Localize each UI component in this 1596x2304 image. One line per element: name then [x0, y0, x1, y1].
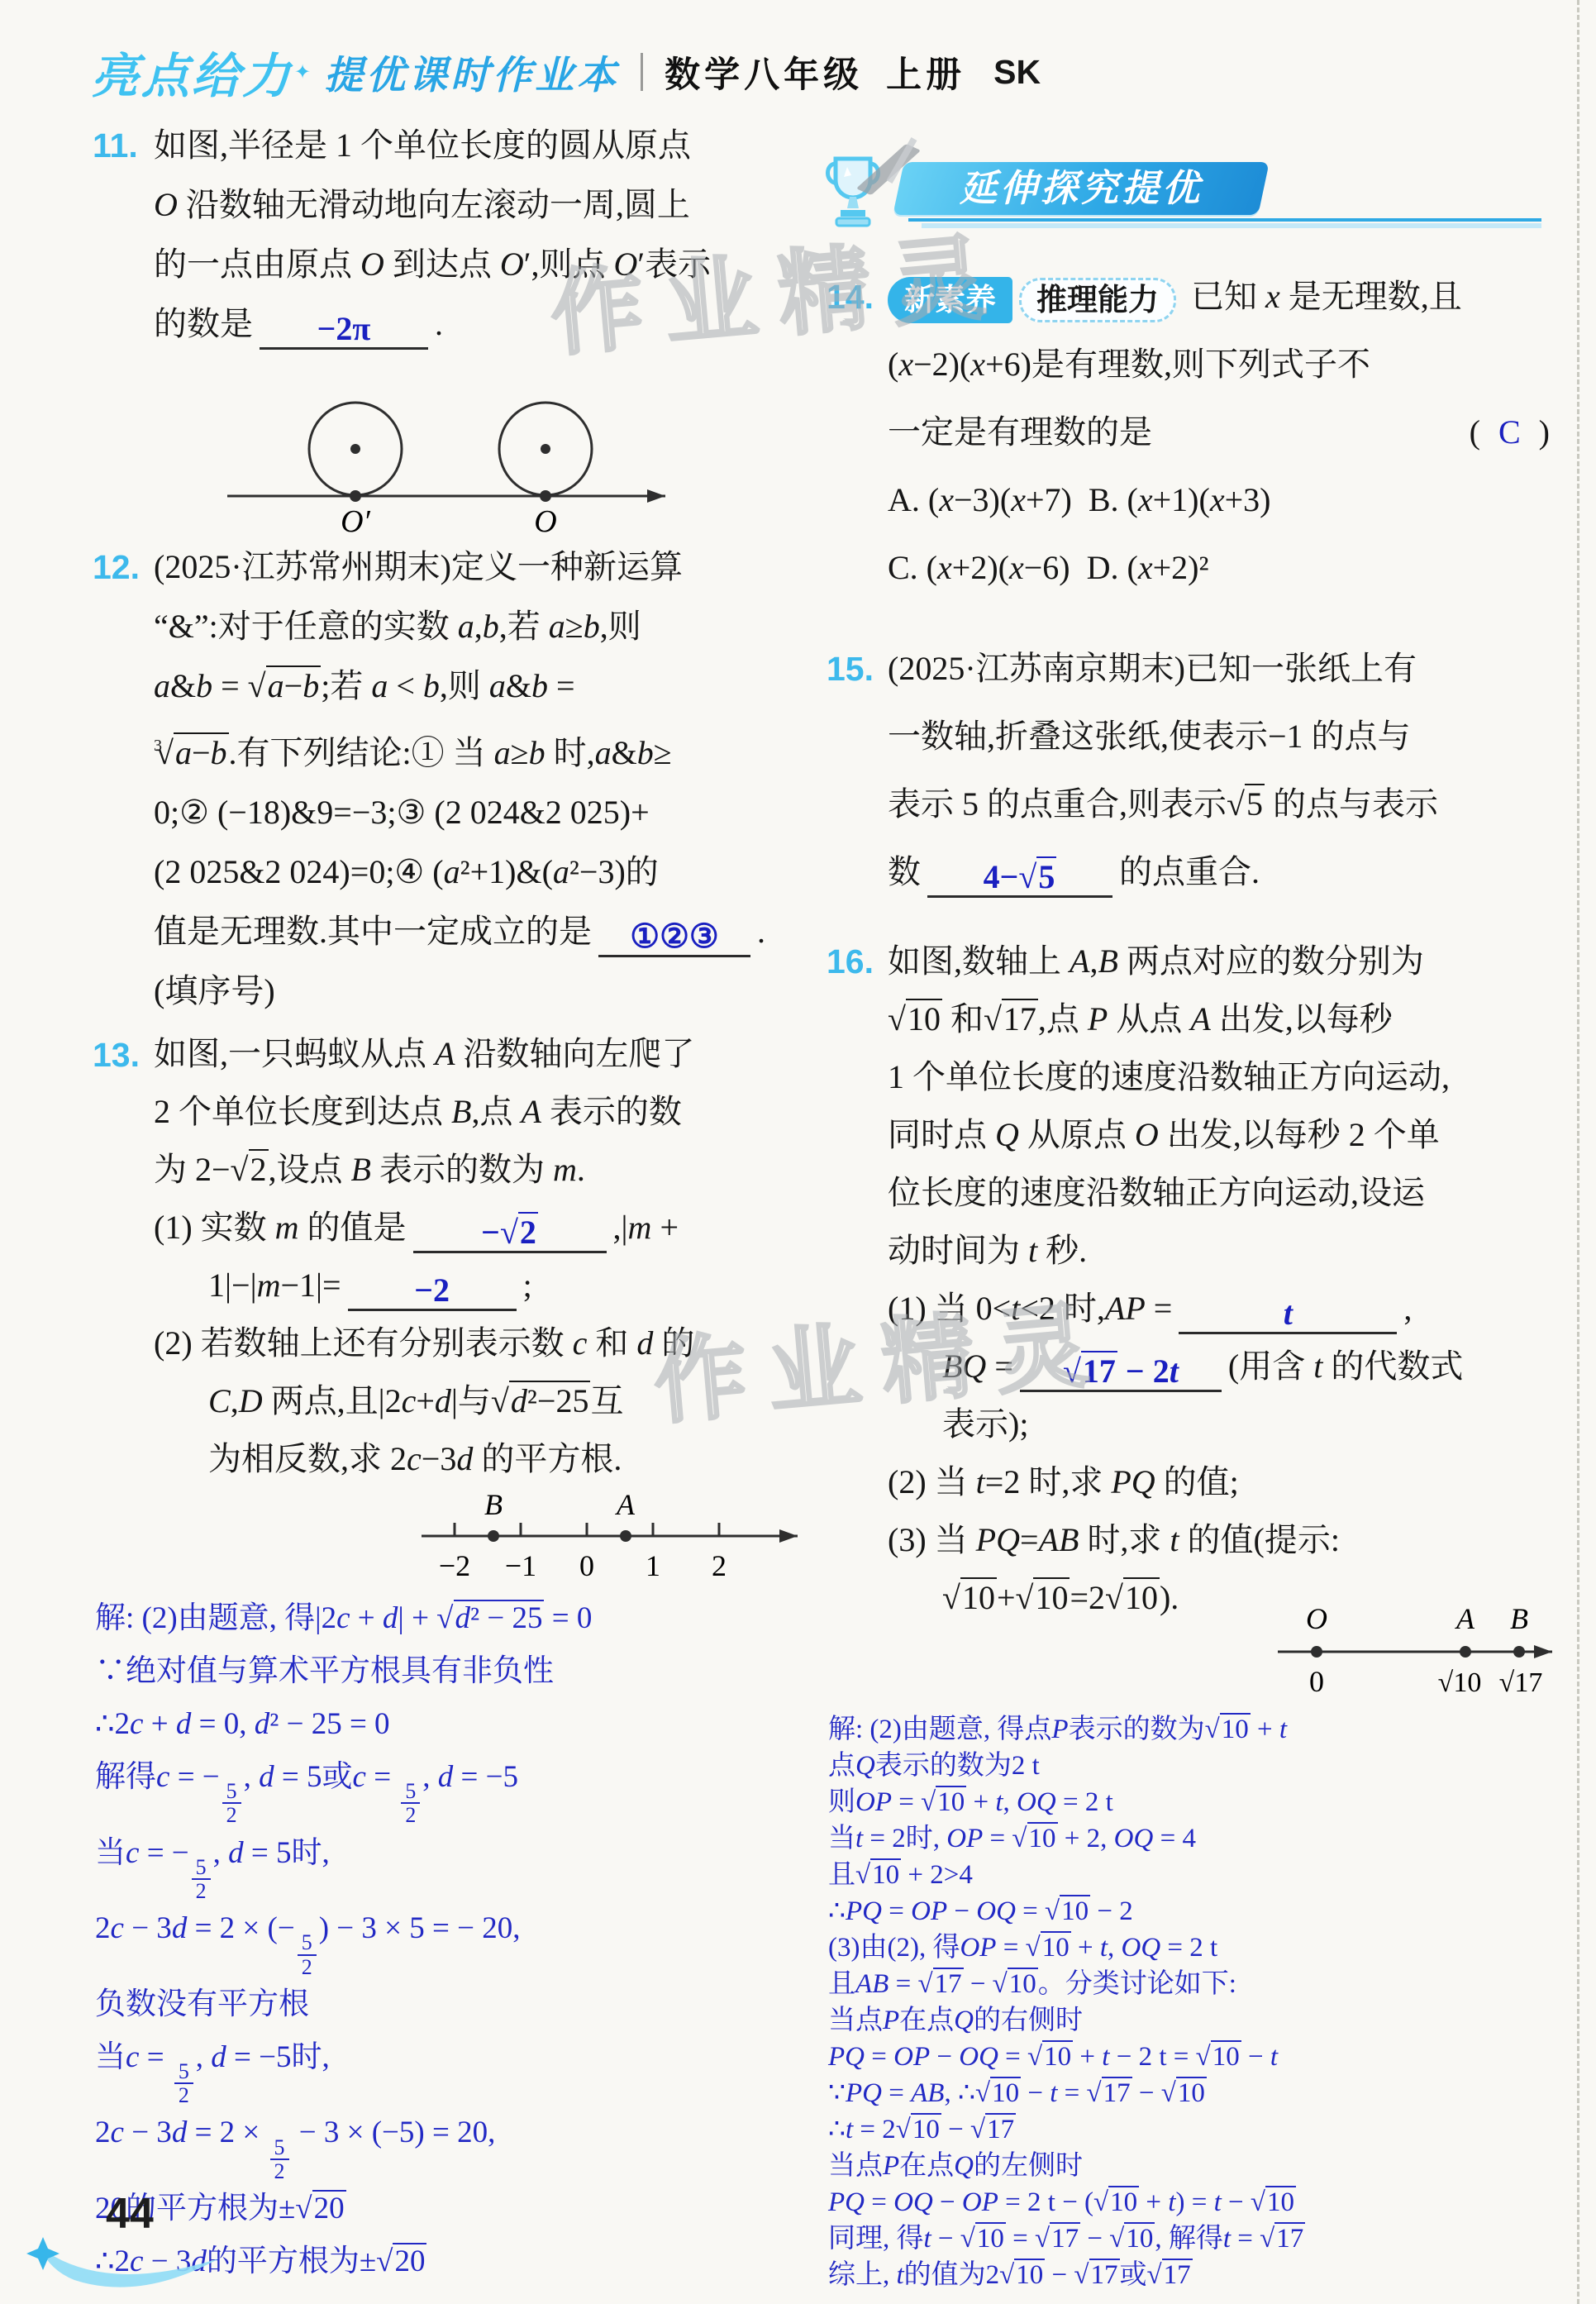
problem-13-line: 2 个单位长度到达点 B,点 A 表示的数: [154, 1083, 824, 1141]
solution-13-line: 2c − 3d = 2 × (−52) − 3 × 5 = − 20,: [95, 1902, 814, 1978]
label-B: B: [484, 1488, 503, 1521]
label-O-prime: O′: [341, 504, 370, 536]
problem-16-line: 表示);: [888, 1395, 1558, 1453]
page-cut-line: [1577, 0, 1579, 2304]
solution-16-line: 当t = 2时, OP = √10 + 2, OQ = 4: [828, 1820, 1564, 1857]
problem-16-line: (1) 当 0<t<2 时,AP =t,: [888, 1280, 1558, 1338]
solution-13-line: 2c − 3d = 2 × 52 − 3 × (−5) = 20,: [95, 2106, 814, 2182]
volume-label: 上册: [886, 47, 965, 98]
section-ribbon: 延伸探究提优: [893, 162, 1270, 215]
section-title: 延伸探究提优: [898, 162, 1264, 215]
problem-11-number: 11.: [93, 116, 138, 175]
problem-16-line: √10 和√17,点 P 从点 A 出发,以每秒: [888, 990, 1558, 1048]
badge-reasoning-ability: 推理能力: [1019, 278, 1176, 322]
header-divider: [641, 53, 643, 91]
problem-12-line: 0;② (−18)&9=−3;③ (2 024&2 025)+: [154, 783, 824, 842]
problem-15: 15. (2025·江苏南京期末)已知一张纸上有一数轴,折叠这张纸,使表示−1 …: [827, 635, 1558, 906]
banner-underline-shadow: [922, 223, 1541, 228]
brand-logo: 亮点给力: [91, 37, 293, 107]
solution-16-line: PQ = OQ − OP = 2 t − (√10 + t) = t − √10: [828, 2184, 1564, 2221]
problem-16-line: 如图,数轴上 A,B 两点对应的数分别为: [888, 933, 1558, 990]
banner-underline: [908, 218, 1541, 222]
section-banner: 延伸探究提优: [822, 150, 1554, 241]
solution-16-line: PQ = OP − OQ = √10 + t − 2 t = √10 − t: [828, 2039, 1564, 2075]
brand-trademark-icon: ✦: [294, 60, 311, 84]
problem-14-line: C. (x+2)(x−6) D. (x+2)²: [888, 534, 1558, 602]
label-A: A: [615, 1488, 636, 1521]
sqrt17-label: √17: [1499, 1667, 1543, 1698]
problem-11-line: O 沿数轴无滑动地向左滚动一周,圆上: [154, 175, 824, 235]
problem-15-line: (2025·江苏南京期末)已知一张纸上有: [888, 635, 1558, 703]
problem-12-number: 12.: [93, 537, 140, 597]
page-number: 44: [106, 2189, 154, 2239]
arrowhead-icon: [779, 1529, 798, 1543]
problem-12-line: (2025·江苏常州期末)定义一种新运算: [154, 537, 824, 597]
problem-13-line: (1) 实数 m 的值是−√2,|m +: [154, 1199, 824, 1257]
problem-12-line: (2 025&2 024)=0;④ (a²+1)&(a²−3)的: [154, 842, 824, 902]
figure-number-line-16: O A B 0 √10 √17: [1271, 1600, 1579, 1701]
problem-14-number: 14.: [827, 263, 874, 331]
problem-16-line: (3) 当 PQ=AB 时,求 t 的值(提示:: [888, 1511, 1558, 1569]
circle-right-center-dot: [541, 444, 550, 454]
problem-12: 12. (2025·江苏常州期末)定义一种新运算“&”:对于任意的实数 a,b,…: [93, 537, 824, 1021]
tick-label: 0: [579, 1549, 594, 1582]
solution-16-line: 则OP = √10 + t, OQ = 2 t: [828, 1784, 1564, 1820]
point-A-dot: [620, 1530, 631, 1542]
problem-16-line: 1 个单位长度的速度沿数轴正方向运动,: [888, 1048, 1558, 1106]
problem-13-line: 为 2−√2,设点 B 表示的数为 m.: [154, 1141, 824, 1199]
series-title: 提优课时作业本: [324, 45, 619, 100]
tick-label: −2: [439, 1549, 470, 1582]
arrowhead-icon: [647, 489, 665, 503]
solution-13-line: ∵绝对值与算术平方根具有非负性: [95, 1645, 814, 1698]
tangent-point-right: [540, 490, 551, 502]
figure-rolling-circle: O′ O: [202, 370, 690, 536]
solution-16-line: 综上, t的值为2√10 − √17或√17: [828, 2257, 1564, 2293]
solution-16-line: 当点P在点Q的右侧时: [828, 2002, 1564, 2039]
tick-label: 2: [712, 1549, 727, 1582]
problem-16-line: BQ =√17 − 2t(用含 t 的代数式: [888, 1338, 1558, 1395]
solution-16-line: 解: (2)由题意, 得点P表示的数为√10 + t: [828, 1711, 1564, 1748]
problem-13-line: 1|−|m−1|=−2;: [154, 1257, 824, 1314]
badge-new-core-competency: 新素养: [888, 277, 1012, 323]
label-A: A: [1455, 1602, 1475, 1635]
solution-13-line: 解: (2)由题意, 得|2c + d| + √d² − 25 = 0: [95, 1592, 814, 1645]
solution-16-line: ∴t = 2√10 − √17: [828, 2111, 1564, 2148]
circle-left-center-dot: [350, 444, 360, 454]
problem-12-line: 值是无理数.其中一定成立的是①②③.: [154, 902, 824, 961]
problem-14-intro: 已知 x 是无理数,且: [1191, 278, 1462, 315]
trophy-icon: [822, 150, 884, 236]
problem-16-line: (2) 当 t=2 时,求 PQ 的值;: [888, 1453, 1558, 1511]
problem-15-line: 表示 5 的点重合,则表示√5 的点与表示: [888, 770, 1558, 838]
solution-13-line: 当c = −52, d = 5时,: [95, 1827, 814, 1903]
origin-label: 0: [1309, 1665, 1324, 1698]
edition-label: SK: [993, 53, 1041, 92]
problem-16-number: 16.: [827, 933, 874, 990]
solution-16-line: ∴PQ = OP − OQ = √10 − 2: [828, 1893, 1564, 1930]
point-B-dot: [488, 1530, 499, 1542]
solution-16-line: (3)由(2), 得OP = √10 + t, OQ = 2 t: [828, 1930, 1564, 1966]
workbook-page: 亮点给力 ✦ 提优课时作业本 数学八年级 上册 SK 作业精灵 作业精灵 11.…: [0, 0, 1596, 2304]
solution-13-line: ∴2c + d = 0, d² − 25 = 0: [95, 1698, 814, 1751]
label-O: O: [534, 504, 556, 536]
sqrt10-label: √10: [1438, 1667, 1482, 1698]
tangent-point-left: [350, 490, 361, 502]
problem-11-line: 的一点由原点 O 到达点 O′,则点 O′表示: [154, 235, 824, 294]
solution-16: 解: (2)由题意, 得点P表示的数为√10 + t点Q表示的数为2 t则OP …: [828, 1711, 1564, 2293]
problem-14-line: A. (x−3)(x+7) B. (x+1)(x+3): [888, 466, 1558, 534]
problem-12-line: (填序号): [154, 961, 824, 1021]
problem-13-line: C,D 两点,且|2c+d|与√d²−25互: [154, 1372, 824, 1430]
point-B-dot: [1513, 1646, 1525, 1658]
swoosh-shape: [40, 2247, 219, 2287]
tick-label: −1: [505, 1549, 536, 1582]
subject-title: 数学八年级: [665, 47, 863, 98]
problem-16-line: 动时间为 t 秒.: [888, 1222, 1558, 1280]
solution-13: 解: (2)由题意, 得|2c + d| + √d² − 25 = 0∵绝对值与…: [95, 1592, 814, 2288]
point-O-dot: [1311, 1646, 1322, 1658]
label-B: B: [1510, 1602, 1528, 1635]
problem-12-line: “&”:对于任意的实数 a,b,若 a≥b,则: [154, 597, 824, 656]
problem-13-line: 为相反数,求 2c−3d 的平方根.: [154, 1430, 824, 1488]
problem-11: 11. 如图,半径是 1 个单位长度的圆从原点O 沿数轴无滑动地向左滚动一周,圆…: [93, 116, 824, 354]
page-header: 亮点给力 ✦ 提优课时作业本 数学八年级 上册 SK: [91, 41, 1041, 103]
problem-13-line: 如图,一只蚂蚁从点 A 沿数轴向左爬了: [154, 1025, 824, 1083]
problem-13-line: (2) 若数轴上还有分别表示数 c 和 d 的: [154, 1314, 824, 1372]
problem-15-line: 一数轴,折叠这张纸,使表示−1 的点与: [888, 703, 1558, 770]
tick-label: 1: [646, 1549, 660, 1582]
solution-16-line: 且√10 + 2>4: [828, 1857, 1564, 1893]
problem-16: 16. 如图,数轴上 A,B 两点对应的数分别为√10 和√17,点 P 从点 …: [827, 933, 1558, 1627]
problem-13: 13. 如图,一只蚂蚁从点 A 沿数轴向左爬了2 个单位长度到达点 B,点 A …: [93, 1025, 824, 1488]
solution-13-line: 解得c = −52, d = 5或c = 52, d = −5: [95, 1751, 814, 1827]
problem-11-line: 的数是−2π.: [154, 294, 824, 354]
problem-12-line: a&b = √a−b;若 a < b,则 a&b =: [154, 656, 824, 716]
problem-15-line: 数4−√5的点重合.: [888, 838, 1558, 906]
problem-16-line: 同时点 Q 从原点 O 出发,以每秒 2 个单: [888, 1106, 1558, 1164]
figure-number-line-13: B A −2 −1 0 1 2: [413, 1485, 827, 1586]
solution-13-line: 负数没有平方根: [95, 1978, 814, 2031]
problem-14-line: (x−2)(x+6)是有理数,则下列式子不: [888, 331, 1558, 398]
problem-11-line: 如图,半径是 1 个单位长度的圆从原点: [154, 116, 824, 175]
arrowhead-icon: [1534, 1645, 1552, 1658]
label-O: O: [1306, 1602, 1327, 1635]
problem-14: 14. 新素养推理能力已知 x 是无理数,且 (x−2)(x+6)是有理数,则下…: [827, 263, 1558, 602]
solution-16-line: 且AB = √17 − √10。分类讨论如下:: [828, 1966, 1564, 2002]
problem-14-line: 一定是有理数的是( C ): [888, 398, 1558, 466]
point-A-dot: [1460, 1646, 1471, 1658]
solution-16-line: 当点P在点Q的左侧时: [828, 2148, 1564, 2184]
problem-16-line: 位长度的速度沿数轴正方向运动,设运: [888, 1164, 1558, 1222]
problem-14-badge-line: 新素养推理能力已知 x 是无理数,且: [888, 263, 1558, 331]
problem-13-number: 13.: [93, 1025, 140, 1085]
solution-16-line: ∵PQ = AB, ∴√10 − t = √17 − √10: [828, 2075, 1564, 2111]
solution-16-line: 点Q表示的数为2 t: [828, 1748, 1564, 1784]
problem-12-line: 3√a−b.有下列结论:① 当 a≥b 时,a&b≥: [154, 716, 824, 783]
problem-15-number: 15.: [827, 635, 874, 703]
solution-16-line: 同理, 得t − √10 = √17 − √10, 解得t = √17: [828, 2221, 1564, 2257]
solution-13-line: 当c = 52, d = −5时,: [95, 2031, 814, 2107]
